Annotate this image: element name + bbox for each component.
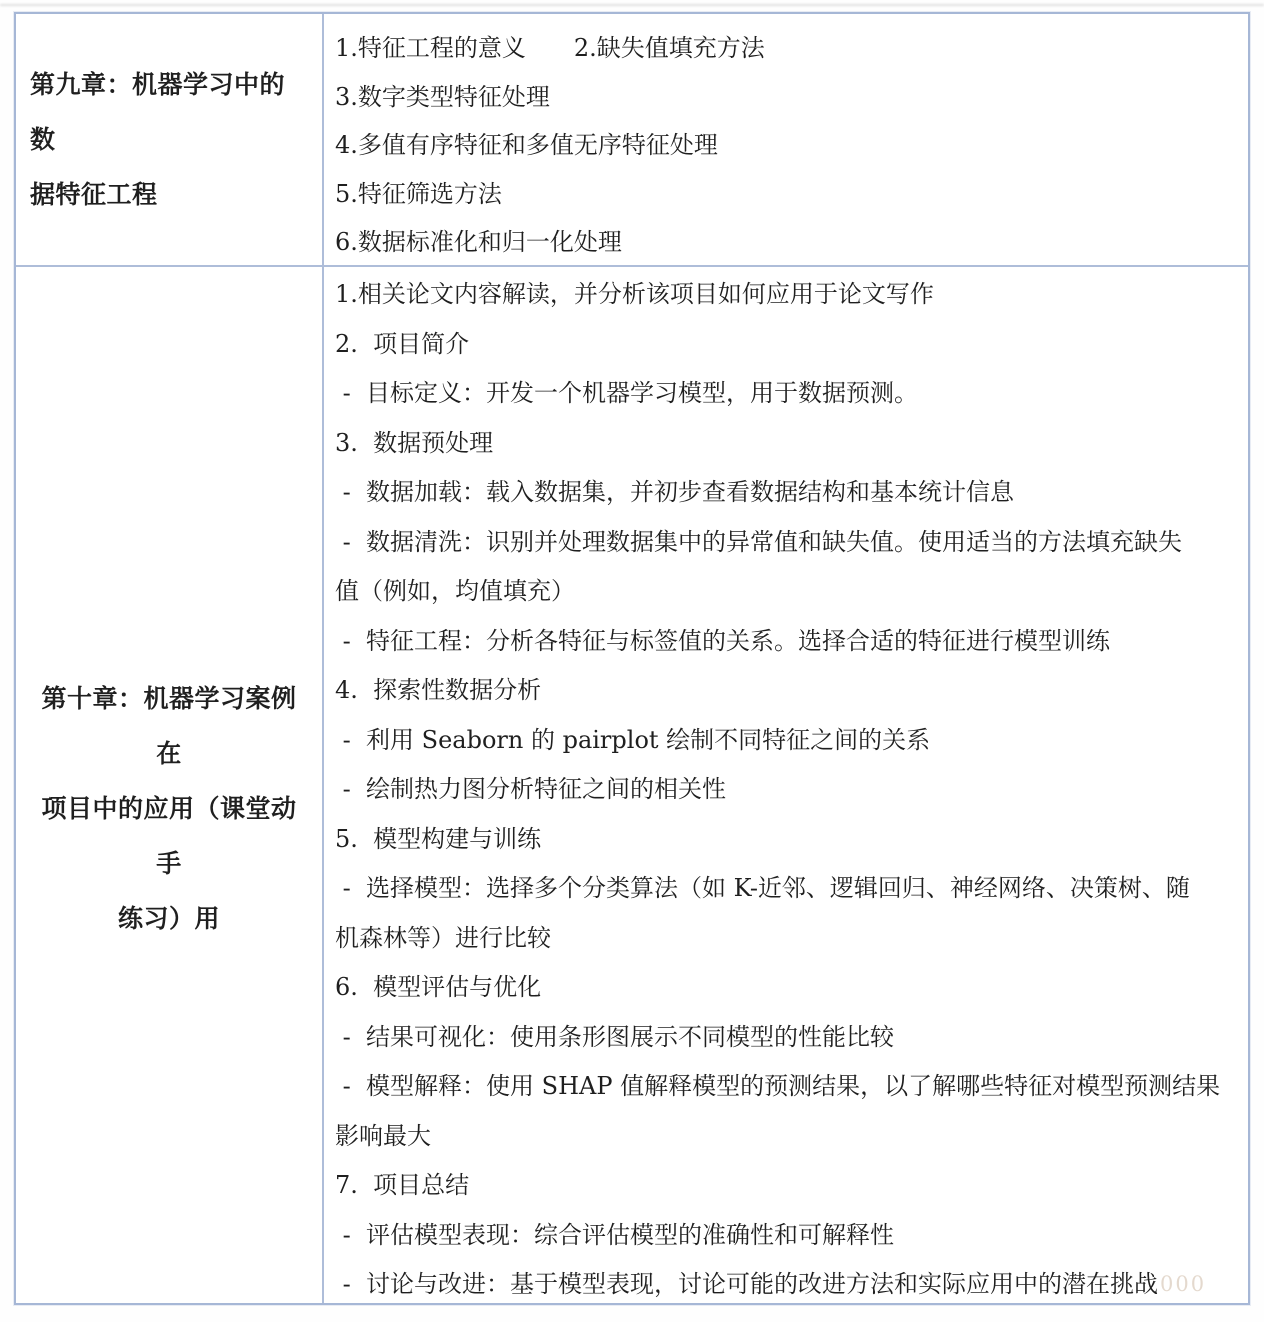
syllabus-table: 第九章：机器学习中的数 据特征工程 1.特征工程的意义 2.缺失值填充方法 3.… [14, 12, 1250, 1305]
chapter-9-topics-cell: 1.特征工程的意义 2.缺失值填充方法 3.数字类型特征处理 4.多值有序特征和… [324, 14, 1248, 265]
chapter-10-topics-cell: 1.相关论文内容解读，并分析该项目如何应用于论文写作 2. 项目简介 - 目标定… [324, 265, 1248, 1303]
chapter-9-title: 第九章：机器学习中的数 据特征工程 [30, 57, 308, 222]
previous-row-edge-divider [0, 4, 1264, 6]
chapter-9-title-cell: 第九章：机器学习中的数 据特征工程 [16, 14, 324, 265]
chapter-10-title: 第十章：机器学习案例在 项目中的应用（课堂动手 练习）用 [30, 671, 308, 946]
chapter-10-title-cell: 第十章：机器学习案例在 项目中的应用（课堂动手 练习）用 [16, 265, 324, 1303]
chapter-9-topic-list: 1.特征工程的意义 2.缺失值填充方法 3.数字类型特征处理 4.多值有序特征和… [324, 14, 1248, 265]
chapter-10-topic-list: 1.相关论文内容解读，并分析该项目如何应用于论文写作 2. 项目简介 - 目标定… [324, 267, 1248, 1303]
document-page: 第九章：机器学习中的数 据特征工程 1.特征工程的意义 2.缺失值填充方法 3.… [0, 0, 1264, 1322]
